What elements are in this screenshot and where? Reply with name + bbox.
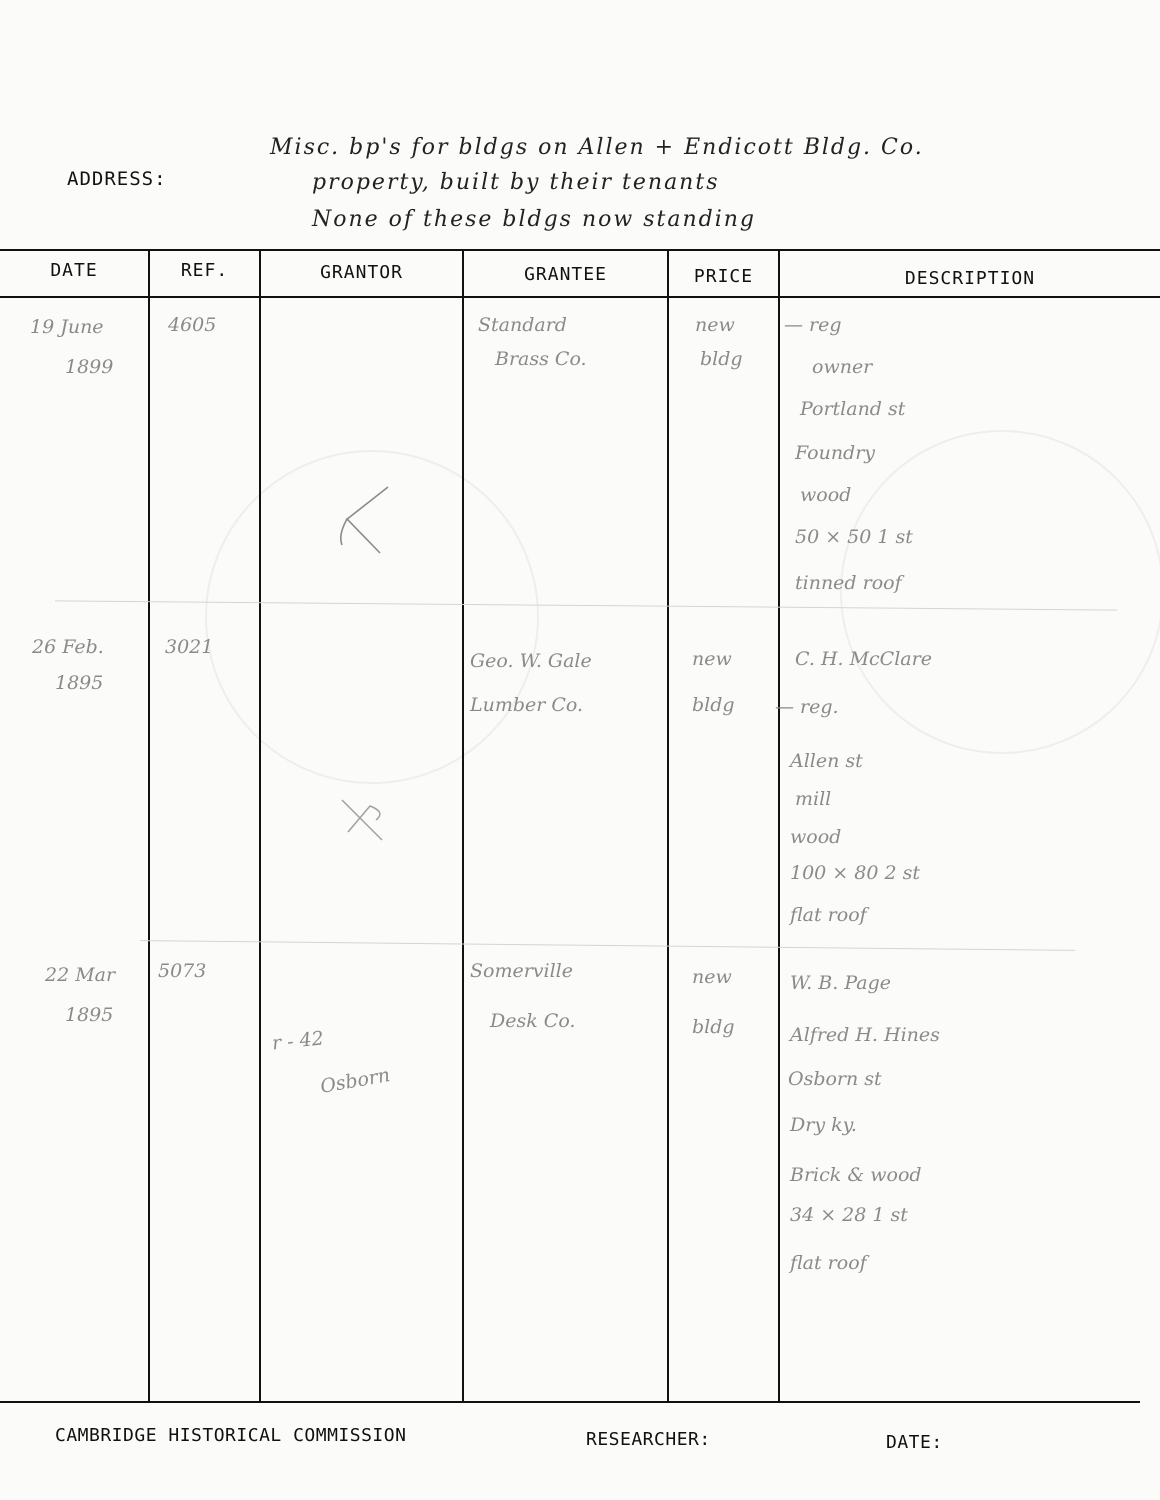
column-divider (148, 249, 150, 1401)
header-description: DESCRIPTION (780, 268, 1160, 289)
address-label: ADDRESS: (67, 168, 167, 190)
column-divider (462, 249, 464, 1401)
address-line-1: Misc. bp's for bldgs on Allen + Endicott… (270, 135, 924, 160)
address-line-2: property, built by their tenants (312, 170, 719, 195)
researcher-label: RESEARCHER: (586, 1429, 711, 1450)
row-grantee: Geo. W. Gale (470, 650, 592, 672)
row-description-line: Brick & wood (790, 1164, 922, 1186)
entry-separator (140, 940, 1075, 951)
header-price: PRICE (669, 266, 778, 287)
row-description-line: C. H. McClare (795, 648, 932, 670)
row-date-year: 1895 (55, 672, 103, 694)
row-description-line: 34 × 28 1 st (790, 1204, 908, 1226)
row-grantee-2: Brass Co. (495, 348, 587, 370)
column-divider (667, 249, 669, 1401)
row-description-line: mill (795, 788, 831, 810)
row-description-line: flat roof (790, 1252, 867, 1274)
row-description-line: Osborn st (788, 1068, 882, 1090)
row-description-line: 100 × 80 2 st (790, 862, 920, 884)
header-ref: REF. (150, 260, 259, 281)
x-mark-icon (330, 790, 400, 850)
table-bottom-rule (0, 1401, 1140, 1403)
row-description-line: flat roof (790, 904, 867, 926)
row-description-line: Dry ky. (790, 1114, 857, 1136)
row-price-2: bldg (700, 348, 743, 370)
row-price: new (692, 648, 732, 670)
header-bottom-rule (0, 296, 1160, 298)
row-grantee: Somerville (470, 960, 573, 982)
row-description-line: Portland st (800, 398, 905, 420)
row-date-year: 1895 (65, 1004, 113, 1026)
row-description-line: — reg. (775, 696, 839, 718)
row-ref: 5073 (158, 960, 206, 982)
address-line-3: None of these bldgs now standing (312, 207, 756, 232)
row-grantor: r - 42 (271, 1027, 325, 1054)
x-mark-icon (320, 475, 400, 555)
row-description-line: wood (800, 484, 851, 506)
row-price-2: bldg (692, 694, 735, 716)
row-description-line: tinned roof (795, 572, 902, 594)
date-label: DATE: (886, 1432, 943, 1453)
row-grantee-2: Desk Co. (490, 1010, 575, 1032)
row-description-line: 50 × 50 1 st (795, 526, 913, 548)
row-grantee-2: Lumber Co. (470, 694, 583, 716)
row-price-2: bldg (692, 1016, 735, 1038)
column-divider (778, 249, 780, 1401)
row-description-line: wood (790, 826, 841, 848)
record-sheet: ADDRESS: Misc. bp's for bldgs on Allen +… (0, 0, 1160, 1500)
row-grantor-2: Osborn (319, 1064, 392, 1098)
row-description-line: Allen st (790, 750, 863, 772)
row-description-line: owner (812, 356, 872, 378)
column-divider (259, 249, 261, 1401)
table-top-rule (0, 249, 1160, 251)
row-price: new (695, 314, 735, 336)
row-date: 22 Mar (45, 964, 115, 986)
row-ref: 3021 (165, 636, 213, 658)
header-date: DATE (0, 260, 148, 281)
row-price: new (692, 966, 732, 988)
row-description-line: — reg (784, 314, 842, 336)
row-description-line: Foundry (795, 442, 875, 464)
header-grantee: GRANTEE (464, 264, 667, 285)
row-ref: 4605 (168, 314, 216, 336)
row-date-year: 1899 (65, 356, 113, 378)
row-date: 19 June (30, 316, 104, 338)
row-date: 26 Feb. (32, 636, 104, 658)
row-grantee: Standard (478, 314, 567, 336)
row-description-line: W. B. Page (790, 972, 891, 994)
header-grantor: GRANTOR (261, 262, 462, 283)
row-description-line: Alfred H. Hines (790, 1024, 940, 1046)
organization-name: CAMBRIDGE HISTORICAL COMMISSION (55, 1425, 406, 1446)
